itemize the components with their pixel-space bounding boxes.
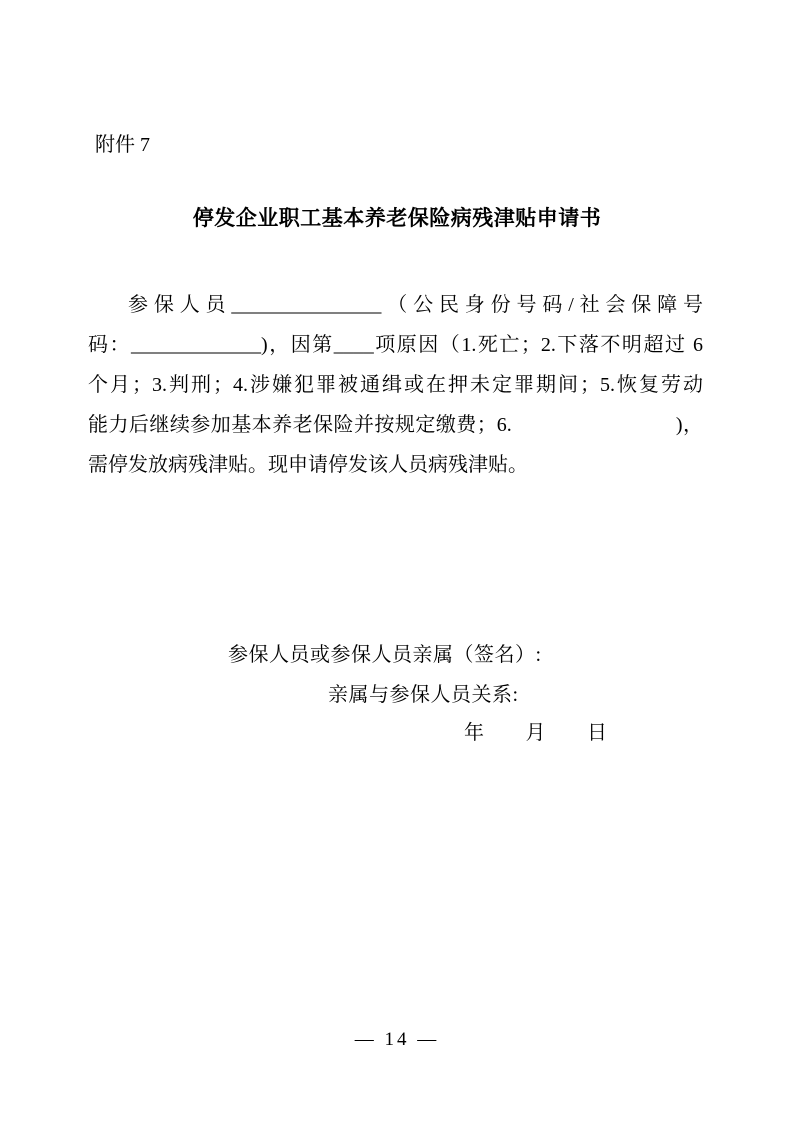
body-line-id-number-blank: 码：_____________)，因第____项原因（1.死亡；2.下落不明超过… xyxy=(88,325,703,365)
body-line-participant-name-blank: 参保人员_______________（公民身份号码/社会保障号 xyxy=(88,285,703,325)
body-line-closing: 需停发放病残津贴。现申请停发该人员病残津贴。 xyxy=(88,445,703,485)
signature-line-signer: 参保人员或参保人员亲属（签名）: xyxy=(228,642,542,668)
attachment-label: 附件 7 xyxy=(95,132,150,158)
application-body: 参保人员_______________（公民身份号码/社会保障号 码：_____… xyxy=(88,285,703,485)
document-page: 附件 7 停发企业职工基本养老保险病残津贴申请书 参保人员___________… xyxy=(0,0,794,1123)
body-line-reason-six-blank: 能力后继续参加基本养老保险并按规定缴费；6. )， xyxy=(88,405,703,445)
document-title: 停发企业职工基本养老保险病残津贴申请书 xyxy=(0,204,794,234)
body-line-reasons: 个月；3.判刑；4.涉嫌犯罪被通缉或在押未定罪期间；5.恢复劳动 xyxy=(88,365,703,405)
signature-line-relation: 亲属与参保人员关系: xyxy=(328,682,519,708)
page-number: — 14 — xyxy=(0,1027,794,1053)
signature-line-date: 年 月 日 xyxy=(464,720,608,746)
